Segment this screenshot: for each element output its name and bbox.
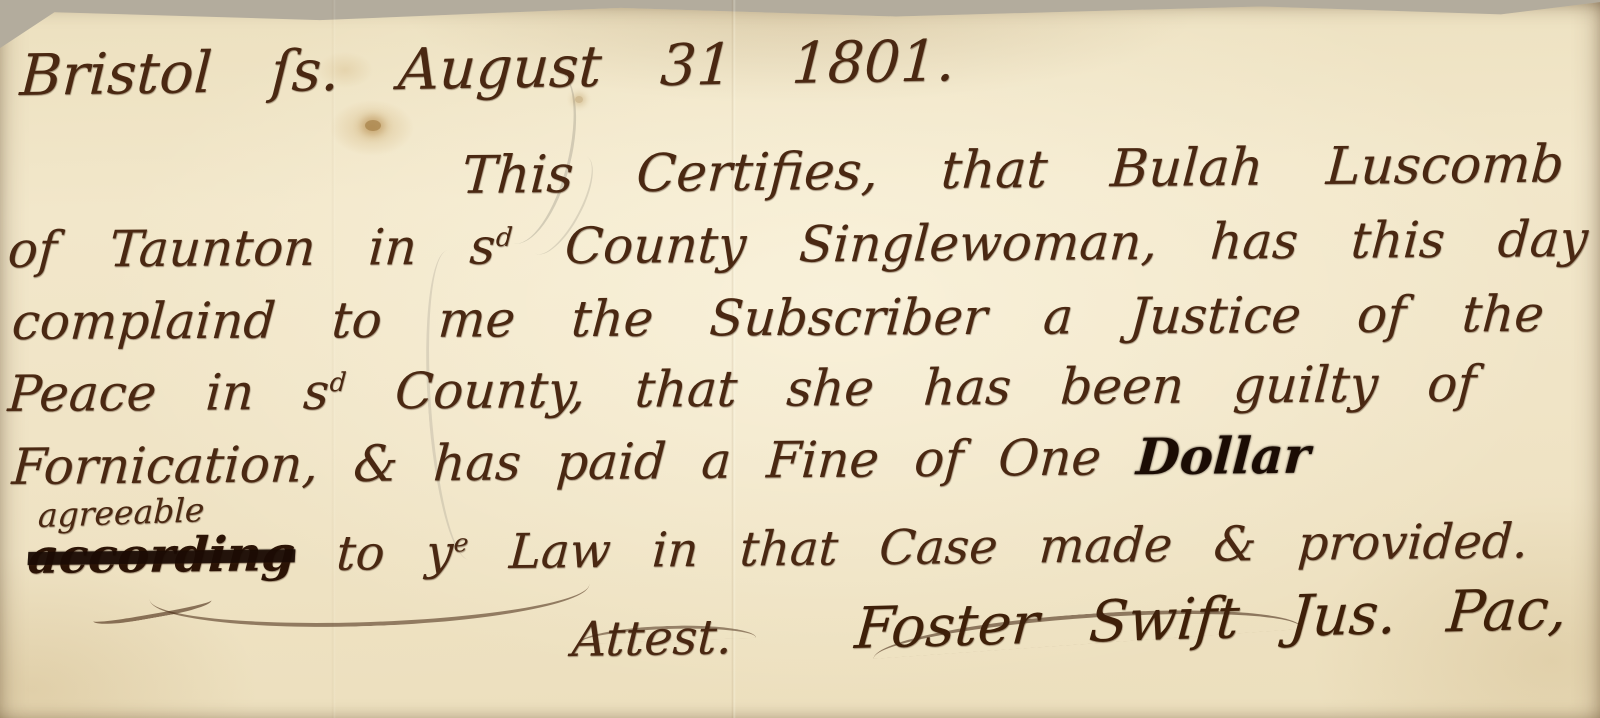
complaint-line: complaind to me the Subscriber a Justice… [10,286,1546,352]
peace-text-post: County, that she has been guilty of [344,355,1478,421]
residence-line: of Taunton in sd County Singlewoman, has… [6,211,1590,280]
peace-line: Peace in sd County, that she has been gu… [6,356,1478,424]
opening-line: This Certifies, that Bulah Luscomb [460,135,1565,206]
residence-text-post: County Singlewoman, has this day [510,210,1589,276]
residence-text-pre: of Taunton in s [6,218,497,279]
scanned-letter: Bristol ſs. August 31 1801. This Certifi… [0,0,1600,718]
fine-line: Fornication, & has paid a Fine of One Do… [10,427,1312,497]
closing-text-pre: to y [335,525,455,582]
dollar-word-blotted: Dollar [1135,426,1312,487]
struck-out-word: according [26,526,296,585]
closing-text-post: Law in that Case made & provided. [466,513,1529,580]
superscript-d: d [329,368,348,398]
superscript-d: d [495,223,514,253]
peace-text-pre: Peace in s [6,363,331,423]
attest-label: Attest. [571,610,734,668]
fine-text: Fornication, & has paid a Fine of One [10,428,1103,496]
